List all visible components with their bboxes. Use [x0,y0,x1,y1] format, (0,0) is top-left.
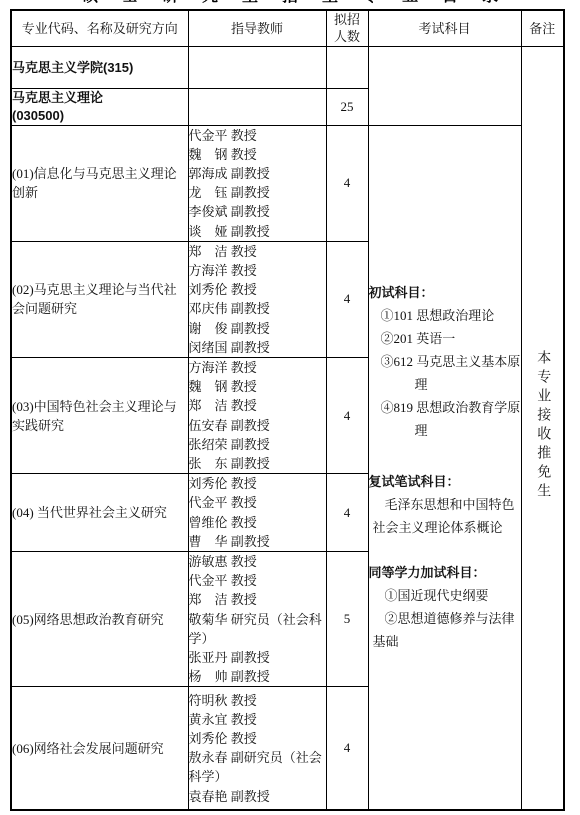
equivalency-exam-items: ①国近现代史纲要②思想道德修养与法律基础 [369,584,521,653]
teacher-entry: 郑 洁 教授 [189,590,326,609]
direction-name: (06)网络社会发展问题研究 [11,687,188,810]
teacher-entry: 曾维伦 教授 [189,513,326,532]
admissions-table: 专业代码、名称及研究方向 指导教师 拟招人数 考试科目 备注 马克思主义学院(3… [10,9,565,811]
retest-exam-title: 复试笔试科目： [369,470,521,493]
initial-exam-items: ①101 思想政治理论②201 英语一③612 马克思主义基本原理④819 思想… [369,304,521,442]
teacher-entry: 魏 钢 教授 [189,377,326,396]
teacher-entry: 郑 洁 教授 [189,242,326,261]
col-header-exam: 考试科目 [368,10,521,46]
direction-quota: 4 [326,125,368,241]
college-row: 马克思主义学院(315) 本专业接收推免生 [11,46,564,88]
major-name: 马克思主义理论 [12,89,188,107]
teacher-entry: 李俊斌 副教授 [189,202,326,221]
teacher-entry: 龙 钰 副教授 [189,183,326,202]
retest-exam-text: 毛泽东思想和中国特色社会主义理论体系概论 [369,493,521,539]
teacher-entry: 杨 帅 副教授 [189,667,326,686]
page-title-clipped: 硕士研究生招生专业目录 [82,0,527,8]
teacher-entry: 邓庆伟 副教授 [189,299,326,318]
teacher-entry: 方海洋 教授 [189,261,326,280]
col-header-quota: 拟招人数 [326,10,368,46]
direction-name: (01)信息化与马克思主义理论创新 [11,125,188,241]
initial-exam-item: ②201 英语一 [369,327,521,350]
teacher-list: 代金平 教授魏 钢 教授郭海成 副教授龙 钰 副教授李俊斌 副教授谈 娅 副教授 [188,125,326,241]
major-name-cell: 马克思主义理论 (030500) [11,88,188,125]
teacher-entry: 伍安春 副教授 [189,416,326,435]
direction-quota: 4 [326,687,368,810]
major-code: (030500) [12,107,188,125]
remark-text: 本专业接收推免生 [535,350,549,502]
teacher-list: 刘秀伦 教授代金平 教授曾维伦 教授曹 华 副教授 [188,474,326,552]
direction-name: (05)网络思想政治教育研究 [11,551,188,686]
teacher-entry: 黄永宜 教授 [189,710,326,729]
teacher-entry: 郑 洁 教授 [189,396,326,415]
header-row: 专业代码、名称及研究方向 指导教师 拟招人数 考试科目 备注 [11,10,564,46]
teacher-entry: 代金平 教授 [189,126,326,145]
major-teachers-empty [188,88,326,125]
teacher-entry: 代金平 教授 [189,571,326,590]
initial-exam-title: 初试科目： [369,281,521,304]
teacher-entry: 方海洋 教授 [189,358,326,377]
direction-quota: 4 [326,241,368,357]
teacher-entry: 袁春艳 副教授 [189,787,326,806]
direction-quota: 4 [326,474,368,552]
teacher-entry: 游敏惠 教授 [189,552,326,571]
teacher-list: 方海洋 教授魏 钢 教授郑 洁 教授伍安春 副教授张绍荣 副教授张 东 副教授 [188,357,326,473]
college-teachers-empty [188,46,326,88]
col-header-direction: 专业代码、名称及研究方向 [11,10,188,46]
teacher-list: 符明秋 教授黄永宜 教授刘秀伦 教授敖永春 副研究员（社会科学）袁春艳 副教授 [188,687,326,810]
college-quota-empty [326,46,368,88]
page-title-text: 硕士研究生招生专业目录 [82,0,527,7]
teacher-entry: 张 东 副教授 [189,454,326,473]
document-page: 硕士研究生招生专业目录 专业代码、名称及研究方向 指导教师 拟招人数 考试科目 … [0,0,580,815]
direction-quota: 4 [326,357,368,473]
teacher-entry: 郭海成 副教授 [189,164,326,183]
direction-name: (03)中国特色社会主义理论与实践研究 [11,357,188,473]
teacher-entry: 代金平 教授 [189,493,326,512]
initial-exam-item: ③612 马克思主义基本原理 [369,350,521,396]
equivalency-exam-item: ①国近现代史纲要 [369,584,521,607]
direction-quota: 5 [326,551,368,686]
col-header-teachers: 指导教师 [188,10,326,46]
initial-exam-item: ①101 思想政治理论 [369,304,521,327]
teacher-entry: 刘秀伦 教授 [189,729,326,748]
direction-name: (02)马克思主义理论与当代社会问题研究 [11,241,188,357]
teacher-entry: 魏 钢 教授 [189,145,326,164]
initial-exam-item: ④819 思想政治教育学原理 [369,396,521,442]
teacher-list: 游敏惠 教授代金平 教授郑 洁 教授敬菊华 研究员（社会科学）张亚丹 副教授杨 … [188,551,326,686]
equivalency-exam-title: 同等学力加试科目： [369,561,521,584]
teacher-entry: 敖永春 副研究员（社会科学） [189,748,326,786]
teacher-entry: 闵绪国 副教授 [189,338,326,357]
teacher-entry: 刘秀伦 教授 [189,280,326,299]
equivalency-exam-item: ②思想道德修养与法律基础 [369,607,521,653]
teacher-entry: 刘秀伦 教授 [189,474,326,493]
col-header-quota-text: 拟招人数 [333,11,361,45]
teacher-entry: 张绍荣 副教授 [189,435,326,454]
teacher-entry: 符明秋 教授 [189,691,326,710]
teacher-entry: 张亚丹 副教授 [189,648,326,667]
teacher-list: 郑 洁 教授方海洋 教授刘秀伦 教授邓庆伟 副教授谢 俊 副教授闵绪国 副教授 [188,241,326,357]
teacher-entry: 敬菊华 研究员（社会科学） [189,610,326,648]
teacher-entry: 谢 俊 副教授 [189,319,326,338]
teacher-entry: 曹 华 副教授 [189,532,326,551]
exam-empty-cell [368,46,521,125]
direction-name: (04) 当代世界社会主义研究 [11,474,188,552]
exam-subjects-cell: 初试科目： ①101 思想政治理论②201 英语一③612 马克思主义基本原理④… [368,125,521,810]
teacher-entry: 谈 娅 副教授 [189,222,326,241]
major-quota: 25 [326,88,368,125]
direction-row-01: (01)信息化与马克思主义理论创新 代金平 教授魏 钢 教授郭海成 副教授龙 钰… [11,125,564,241]
college-name: 马克思主义学院(315) [11,46,188,88]
col-header-remark: 备注 [521,10,564,46]
remark-cell: 本专业接收推免生 [521,46,564,810]
